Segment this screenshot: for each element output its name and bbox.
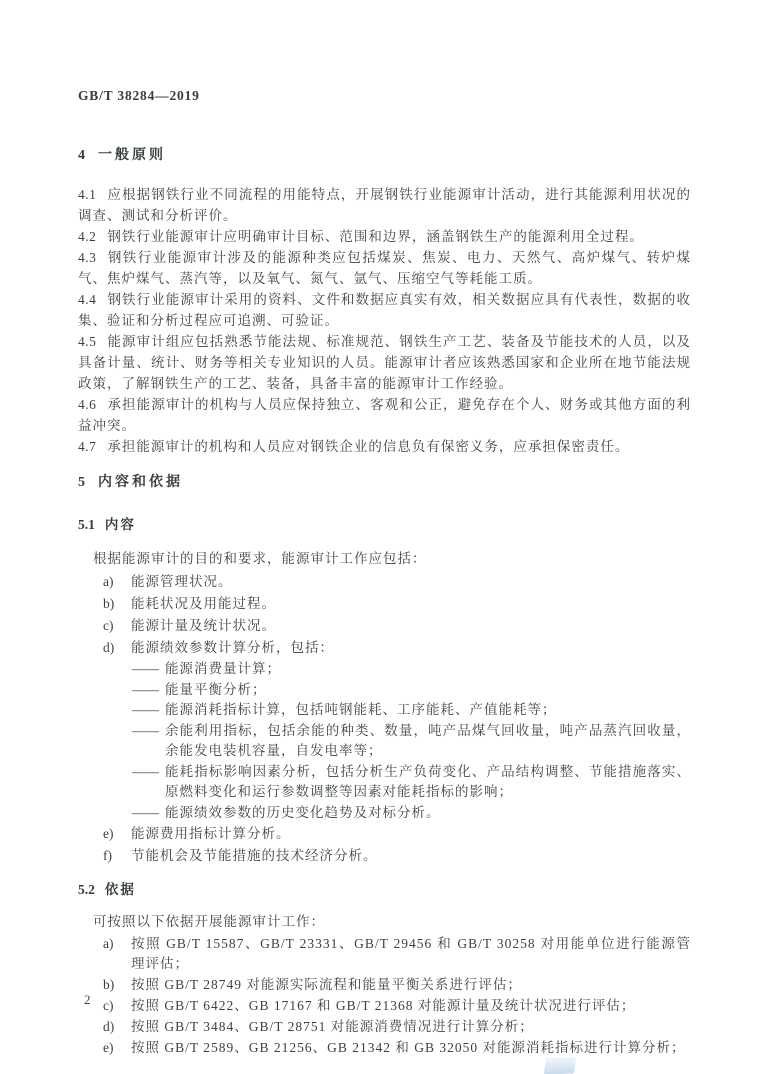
clause-4-4: 4.4钢铁行业能源审计采用的资料、文件和数据应真实有效，相关数据应具有代表性，数… <box>78 289 691 331</box>
page-number: 2 <box>84 992 91 1008</box>
item-label: d) <box>103 1017 131 1037</box>
item-text: 能源费用指标计算分析。 <box>131 823 691 845</box>
section-5-2-list: a) 按照 GB/T 15587、GB/T 23331、GB/T 29456 和… <box>78 934 691 1058</box>
dash-item-text: 能源消费量计算； <box>165 659 691 680</box>
item-label: c) <box>103 996 131 1016</box>
basis-item-a: a) 按照 GB/T 15587、GB/T 23331、GB/T 29456 和… <box>103 934 691 974</box>
section-4-number: 4 <box>78 148 85 163</box>
page-content: GB/T 38284—2019 4一般原则 4.1应根据钢铁行业不同流程的用能特… <box>78 88 691 1059</box>
doc-code-header: GB/T 38284—2019 <box>78 88 691 104</box>
section-5-1-number: 5.1 <box>78 517 95 532</box>
clause-number: 4.4 <box>78 292 96 307</box>
dash-marker: —— <box>132 721 159 742</box>
dash-item-3: —— 能源消耗指标计算，包括吨钢能耗、工序能耗、产值能耗等； <box>132 700 691 721</box>
section-5-title: 内容和依据 <box>98 475 183 490</box>
list-item-b: b) 能耗状况及用能过程。 <box>103 593 691 615</box>
item-text: 按照 GB/T 3484、GB/T 28751 对能源消费情况进行计算分析； <box>131 1017 691 1037</box>
clause-text: 应根据钢铁行业不同流程的用能特点，开展钢铁行业能源审计活动，进行其能源利用状况的… <box>78 187 691 223</box>
dash-marker: —— <box>132 659 159 680</box>
item-label: e) <box>103 1038 131 1058</box>
item-label: a) <box>103 571 131 593</box>
clause-number: 4.2 <box>78 229 96 244</box>
watermark-shape <box>544 1056 577 1074</box>
section-5-1-list: a) 能源管理状况。 b) 能耗状况及用能过程。 c) 能源计量及统计状况。 d… <box>78 571 691 867</box>
dash-item-2: —— 能量平衡分析； <box>132 680 691 701</box>
item-text: 按照 GB/T 6422、GB 17167 和 GB/T 21368 对能源计量… <box>131 996 691 1016</box>
dash-item-text: 能源消耗指标计算，包括吨钢能耗、工序能耗、产值能耗等； <box>165 700 691 721</box>
clause-text: 承担能源审计的机构与人员应保持独立、客观和公正，避免存在个人、财务或其他方面的利… <box>78 397 691 433</box>
dash-item-4: —— 余能利用指标，包括余能的种类、数量，吨产品煤气回收量，吨产品蒸汽回收量，余… <box>132 721 691 762</box>
item-label: f) <box>103 845 131 867</box>
dash-marker: —— <box>132 700 159 721</box>
basis-item-d: d) 按照 GB/T 3484、GB/T 28751 对能源消费情况进行计算分析… <box>103 1017 691 1037</box>
section-5-1-heading: 5.1内容 <box>78 513 691 533</box>
section-5-1-intro: 根据能源审计的目的和要求，能源审计工作应包括： <box>93 548 691 569</box>
clause-4-6: 4.6承担能源审计的机构与人员应保持独立、客观和公正，避免存在个人、财务或其他方… <box>78 394 691 436</box>
clause-number: 4.1 <box>78 187 96 202</box>
list-item-a: a) 能源管理状况。 <box>103 571 691 593</box>
dash-item-text: 余能利用指标，包括余能的种类、数量，吨产品煤气回收量，吨产品蒸汽回收量，余能发电… <box>165 721 691 762</box>
basis-item-e: e) 按照 GB/T 2589、GB 21256、GB 21342 和 GB 3… <box>103 1038 691 1058</box>
item-text: 能源管理状况。 <box>131 571 691 593</box>
section-5-heading: 5内容和依据 <box>78 471 691 491</box>
clause-4-2: 4.2钢铁行业能源审计应明确审计目标、范围和边界，涵盖钢铁生产的能源利用全过程。 <box>78 226 691 247</box>
item-label: c) <box>103 615 131 637</box>
dash-item-text: 能量平衡分析； <box>165 680 691 701</box>
list-item-d: d) 能源绩效参数计算分析，包括： <box>103 637 691 659</box>
clause-number: 4.3 <box>78 250 96 265</box>
dash-item-6: —— 能源绩效参数的历史变化趋势及对标分析。 <box>132 803 691 824</box>
clause-text: 承担能源审计的机构和人员应对钢铁企业的信息负有保密义务，应承担保密责任。 <box>107 439 629 454</box>
section-4-title: 一般原则 <box>98 148 166 163</box>
basis-item-b: b) 按照 GB/T 28749 对能源实际流程和能量平衡关系进行评估； <box>103 975 691 995</box>
item-text: 能源计量及统计状况。 <box>131 615 691 637</box>
dash-marker: —— <box>132 680 159 701</box>
item-text: 能耗状况及用能过程。 <box>131 593 691 615</box>
list-item-f: f) 节能机会及节能措施的技术经济分析。 <box>103 845 691 867</box>
clause-number: 4.7 <box>78 439 96 454</box>
item-text: 能源绩效参数计算分析，包括： <box>131 637 691 659</box>
dash-marker: —— <box>132 762 159 783</box>
basis-item-c: c) 按照 GB/T 6422、GB 17167 和 GB/T 21368 对能… <box>103 996 691 1016</box>
dash-item-5: —— 能耗指标影响因素分析，包括分析生产负荷变化、产品结构调整、节能措施落实、原… <box>132 762 691 803</box>
item-text: 节能机会及节能措施的技术经济分析。 <box>131 845 691 867</box>
clause-text: 能源审计组应包括熟悉节能法规、标准规范、钢铁生产工艺、装备及节能技术的人员，以及… <box>78 334 691 391</box>
section-5-2-title: 依据 <box>105 882 136 897</box>
list-item-c: c) 能源计量及统计状况。 <box>103 615 691 637</box>
section-5-2-number: 5.2 <box>78 882 95 897</box>
dash-item-text: 能源绩效参数的历史变化趋势及对标分析。 <box>165 803 691 824</box>
item-label: e) <box>103 823 131 845</box>
clause-text: 钢铁行业能源审计采用的资料、文件和数据应真实有效，相关数据应具有代表性，数据的收… <box>78 292 691 328</box>
clause-number: 4.5 <box>78 334 96 349</box>
document-page: GB/T 38284—2019 4一般原则 4.1应根据钢铁行业不同流程的用能特… <box>0 0 761 1074</box>
section-4-heading: 4一般原则 <box>78 144 691 164</box>
clause-number: 4.6 <box>78 397 96 412</box>
item-label: d) <box>103 637 131 659</box>
section-4-body: 4.1应根据钢铁行业不同流程的用能特点，开展钢铁行业能源审计活动，进行其能源利用… <box>78 184 691 457</box>
dash-marker: —— <box>132 803 159 824</box>
clause-4-5: 4.5能源审计组应包括熟悉节能法规、标准规范、钢铁生产工艺、装备及节能技术的人员… <box>78 331 691 394</box>
clause-text: 钢铁行业能源审计应明确审计目标、范围和边界，涵盖钢铁生产的能源利用全过程。 <box>107 229 644 244</box>
item-label: b) <box>103 975 131 995</box>
item-label: a) <box>103 934 131 954</box>
item-text: 按照 GB/T 15587、GB/T 23331、GB/T 29456 和 GB… <box>131 934 691 974</box>
clause-4-1: 4.1应根据钢铁行业不同流程的用能特点，开展钢铁行业能源审计活动，进行其能源利用… <box>78 184 691 226</box>
item-label: b) <box>103 593 131 615</box>
clause-4-3: 4.3钢铁行业能源审计涉及的能源种类应包括煤炭、焦炭、电力、天然气、高炉煤气、转… <box>78 247 691 289</box>
section-5-2-heading: 5.2依据 <box>78 878 691 898</box>
section-5-number: 5 <box>78 475 85 490</box>
clause-4-7: 4.7承担能源审计的机构和人员应对钢铁企业的信息负有保密义务，应承担保密责任。 <box>78 436 691 457</box>
section-5-1-title: 内容 <box>105 517 136 532</box>
clause-text: 钢铁行业能源审计涉及的能源种类应包括煤炭、焦炭、电力、天然气、高炉煤气、转炉煤气… <box>78 250 691 286</box>
dash-item-1: —— 能源消费量计算； <box>132 659 691 680</box>
item-text: 按照 GB/T 2589、GB 21256、GB 21342 和 GB 3205… <box>131 1038 691 1058</box>
dash-item-text: 能耗指标影响因素分析，包括分析生产负荷变化、产品结构调整、节能措施落实、原燃料变… <box>165 762 691 803</box>
list-item-e: e) 能源费用指标计算分析。 <box>103 823 691 845</box>
item-text: 按照 GB/T 28749 对能源实际流程和能量平衡关系进行评估； <box>131 975 691 995</box>
section-5-2-intro: 可按照以下依据开展能源审计工作： <box>93 911 691 932</box>
